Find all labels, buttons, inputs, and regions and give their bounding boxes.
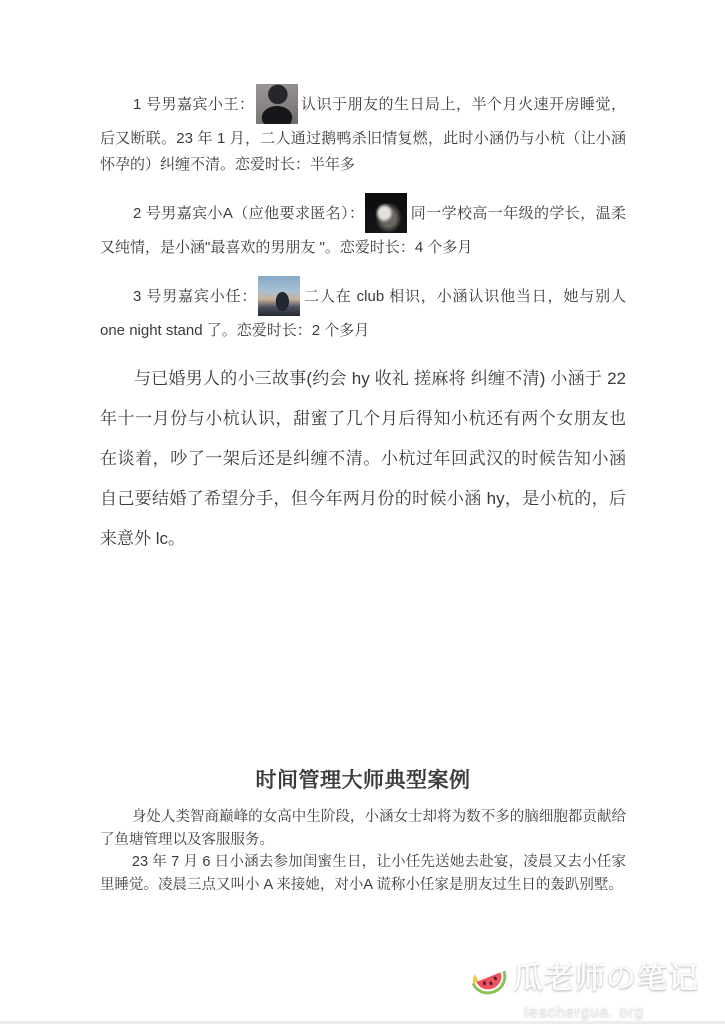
guest1-avatar-image [256, 84, 298, 124]
affair-story-paragraph: 与已婚男人的小三故事(约会 hy 收礼 搓麻将 纠缠不清) 小涵于 22 年十一… [100, 359, 626, 559]
watermelon-icon [469, 957, 511, 1001]
guest3-paragraph: 3 号男嘉宾小任：二人在 club 相识，小涵认识他当日，她与别人one nig… [100, 276, 626, 344]
case-paragraph-2: 23 年 7 月 6 日小涵去参加闺蜜生日，让小任先送她去赴宴，凌晨又去小任家里… [100, 851, 626, 896]
guest2-avatar-image [365, 193, 407, 233]
guest3-prefix: 3 号男嘉宾小任： [133, 288, 257, 305]
case-paragraph-1: 身处人类智商巅峰的女高中生阶段，小涵女士却将为数不多的脑细胞都贡献给了鱼塘管理以… [100, 806, 626, 851]
article-page: 1 号男嘉宾小王：认识于朋友的生日局上，半个月火速开房睡觉，后又断联。23 年 … [0, 0, 725, 1024]
guest2-paragraph: 2 号男嘉宾小A（应他要求匿名）：同一学校高一年级的学长，温柔又纯情，是小涵"最… [100, 193, 626, 261]
guest-list-section: 1 号男嘉宾小王：认识于朋友的生日局上，半个月火速开房睡觉，后又断联。23 年 … [100, 84, 626, 559]
guest1-paragraph: 1 号男嘉宾小王：认识于朋友的生日局上，半个月火速开房睡觉，后又断联。23 年 … [100, 84, 626, 178]
section-heading: 时间管理大师典型案例 [100, 764, 626, 794]
site-watermark: 瓜老师の笔记 teachergua. org [469, 957, 699, 1020]
guest2-prefix: 2 号男嘉宾小A（应他要求匿名）： [133, 205, 364, 222]
guest1-prefix: 1 号男嘉宾小王： [133, 96, 255, 113]
watermark-title: 瓜老师の笔记 [513, 964, 699, 994]
watermark-title-row: 瓜老师の笔记 [469, 957, 699, 1001]
guest3-avatar-image [258, 276, 300, 316]
watermark-url: teachergua. org [469, 1003, 699, 1020]
case-study-section: 时间管理大师典型案例 身处人类智商巅峰的女高中生阶段，小涵女士却将为数不多的脑细… [100, 764, 626, 896]
